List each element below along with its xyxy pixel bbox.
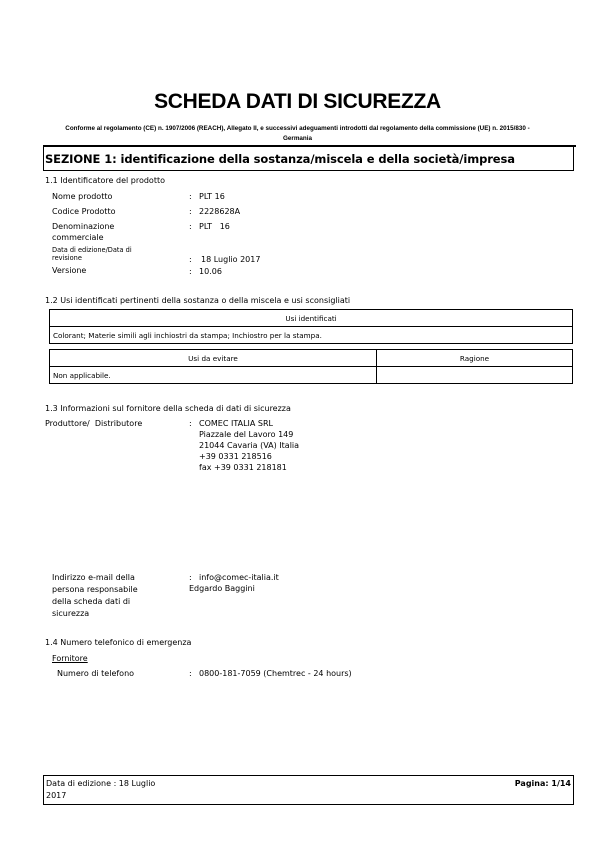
- value-product-code: 2228628A: [199, 207, 240, 216]
- responsible-person: Edgardo Baggini: [189, 584, 255, 593]
- email-link[interactable]: info@comec-italia.it: [199, 573, 279, 582]
- label-supplier: Fornitore: [52, 654, 88, 663]
- uses-to-avoid-value: Non applicabile.: [50, 367, 377, 384]
- label-product-code: Codice Prodotto: [52, 207, 115, 216]
- heading-1-3: 1.3 Informazioni sul fornitore della sch…: [45, 404, 291, 413]
- value-trade-name: PLT 16: [199, 222, 230, 231]
- label-email-line3: della scheda dati di: [52, 597, 130, 606]
- page-number: Pagina: 1/14: [515, 779, 571, 788]
- heading-1-1: 1.1 Identificatore del prodotto: [45, 176, 165, 185]
- footer-date-line1: Data di edizione : 18 Luglio: [46, 779, 155, 788]
- uses-to-avoid-header: Usi da evitare: [50, 350, 377, 367]
- label-phone: Numero di telefono: [57, 669, 134, 678]
- value-edition-date: 18 Luglio 2017: [201, 255, 260, 264]
- colon: :: [189, 192, 192, 201]
- uses-to-avoid-table: Usi da evitare Ragione Non applicabile.: [49, 349, 573, 384]
- label-version: Versione: [52, 266, 86, 275]
- document-title: SCHEDA DATI DI SICUREZZA: [0, 90, 595, 114]
- colon: :: [189, 267, 192, 276]
- label-trade-name-line2: commerciale: [52, 233, 104, 242]
- label-producer: Produttore/ Distributore: [45, 419, 142, 428]
- label-edition-date-line2: revisione: [52, 254, 82, 262]
- colon: :: [189, 573, 192, 582]
- reason-value: [377, 367, 573, 384]
- colon: :: [189, 669, 192, 678]
- label-product-name: Nome prodotto: [52, 192, 112, 201]
- identified-uses-value: Colorant; Materie simili agli inchiostri…: [50, 327, 573, 344]
- heading-1-2: 1.2 Usi identificati pertinenti della so…: [45, 296, 350, 305]
- label-email-line1: Indirizzo e-mail della: [52, 573, 135, 582]
- value-product-name: PLT 16: [199, 192, 225, 201]
- producer-fax: fax +39 0331 218181: [199, 463, 287, 472]
- value-version: 10.06: [199, 267, 222, 276]
- label-trade-name-line1: Denominazione: [52, 222, 114, 231]
- colon: :: [189, 207, 192, 216]
- emergency-phone: 0800-181-7059 (Chemtrec - 24 hours): [199, 669, 352, 678]
- section-title: SEZIONE 1: identificazione della sostanz…: [45, 152, 515, 166]
- producer-name: COMEC ITALIA SRL: [199, 419, 273, 428]
- colon: :: [189, 419, 192, 428]
- document-subtitle: Conforme al regolamento (CE) n. 1907/200…: [60, 124, 535, 144]
- colon: :: [189, 255, 192, 264]
- identified-uses-header: Usi identificati: [50, 310, 573, 327]
- heading-1-4: 1.4 Numero telefonico di emergenza: [45, 638, 191, 647]
- producer-phone: +39 0331 218516: [199, 452, 272, 461]
- producer-city: 21044 Cavaria (VA) Italia: [199, 441, 299, 450]
- reason-header: Ragione: [377, 350, 573, 367]
- footer-date-line2: 2017: [46, 791, 66, 800]
- label-email-line4: sicurezza: [52, 609, 89, 618]
- label-email-line2: persona responsabile: [52, 585, 138, 594]
- colon: :: [189, 222, 192, 231]
- label-edition-date-line1: Data di edizione/Data di: [52, 246, 132, 254]
- producer-address: Piazzale del Lavoro 149: [199, 430, 293, 439]
- identified-uses-table: Usi identificati Colorant; Materie simil…: [49, 309, 573, 344]
